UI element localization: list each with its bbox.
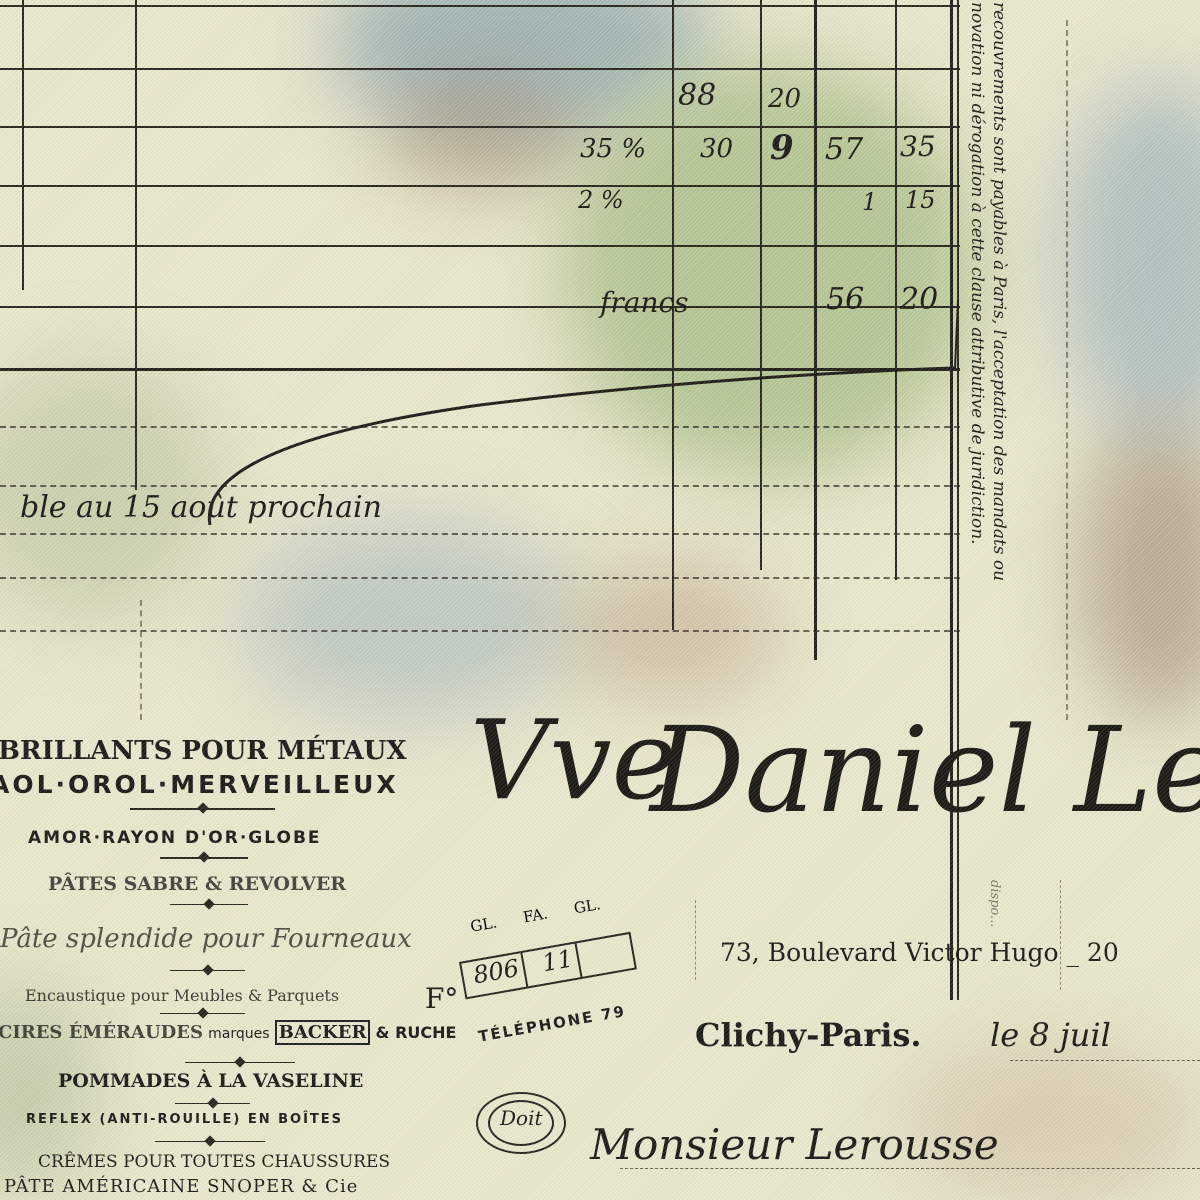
recipient-handwritten: Monsieur Lerousse	[590, 1120, 999, 1169]
ornament-rule	[185, 1062, 295, 1063]
ad-line: CRÊMES POUR TOUTES CHAUSSURES	[38, 1152, 390, 1172]
ad-line-script: Pâte splendide pour Fourneaux	[0, 924, 412, 954]
vertical-legal-fragment: dispo...	[983, 880, 1005, 927]
vertical-legal-text-line1: recouvrements sont payables à Paris, l'a…	[988, 2, 1010, 581]
doit-label: Doit	[500, 1106, 543, 1130]
stamp-value: 11	[540, 944, 575, 977]
vertical-legal-text-line2: novation ni dérogation à cette clause at…	[966, 2, 988, 545]
ad-line: BRILLANTS POUR MÉTAUX	[0, 736, 407, 766]
stamp-folio-label: F°	[425, 982, 458, 1015]
letterhead-address: 73, Boulevard Victor Hugo _ 20	[720, 938, 1119, 967]
ad-line: Encaustique pour Meubles & Parquets	[25, 986, 339, 1005]
ad-line: AOL·OROL·MERVEILLEUX	[0, 770, 399, 799]
ad-brand-marques: marques	[208, 1026, 269, 1042]
stamp-cell-divider	[520, 953, 528, 987]
ornament-rule	[155, 1141, 265, 1142]
recipient-dotted-line	[620, 1168, 1200, 1169]
ornament-rule	[130, 808, 275, 810]
ad-brand-backer: BACKER	[275, 1020, 371, 1045]
stamp-cell-divider	[575, 943, 583, 977]
fabric-print-canvas: 88 20 35 % 30 9 57 35 2 % 1 15 francs 56…	[0, 0, 1200, 1200]
letterhead-guide	[1060, 880, 1061, 990]
ornament-rule	[170, 970, 245, 971]
ornament-rule	[160, 1013, 245, 1014]
letterhead-city: Clichy-Paris.	[695, 1016, 922, 1054]
ad-brand-cires: CIRES ÉMÉRAUDES	[0, 1022, 203, 1043]
ad-line: AMOR·RAYON D'OR·GLOBE	[28, 828, 322, 848]
ornament-rule	[170, 904, 248, 905]
ad-line: POMMADES À LA VASELINE	[58, 1070, 363, 1092]
ad-line-brands: CIRES ÉMÉRAUDES marques BACKER & RUCHE	[0, 1022, 456, 1043]
ornament-rule	[160, 857, 248, 859]
doit-oval: Doit	[476, 1092, 566, 1154]
ad-brand-ruche: & RUCHE	[376, 1023, 457, 1042]
date-dotted-line	[1010, 1060, 1200, 1061]
ad-line: REFLEX (ANTI-ROUILLE) EN BOÎTES	[26, 1112, 343, 1127]
ad-line: PÂTES SABRE & REVOLVER	[48, 873, 346, 895]
letterhead-date: le 8 juil	[990, 1016, 1111, 1054]
letterhead-name: Daniel Le	[650, 705, 1200, 835]
ornament-rule	[175, 1103, 250, 1104]
letterhead-guide	[695, 900, 696, 980]
ad-line: PÂTE AMÉRICAINE SNOPER & Cie	[4, 1176, 358, 1197]
letterhead-prefix: Vve	[470, 700, 677, 820]
stamp-folio-value: 806	[471, 954, 521, 990]
